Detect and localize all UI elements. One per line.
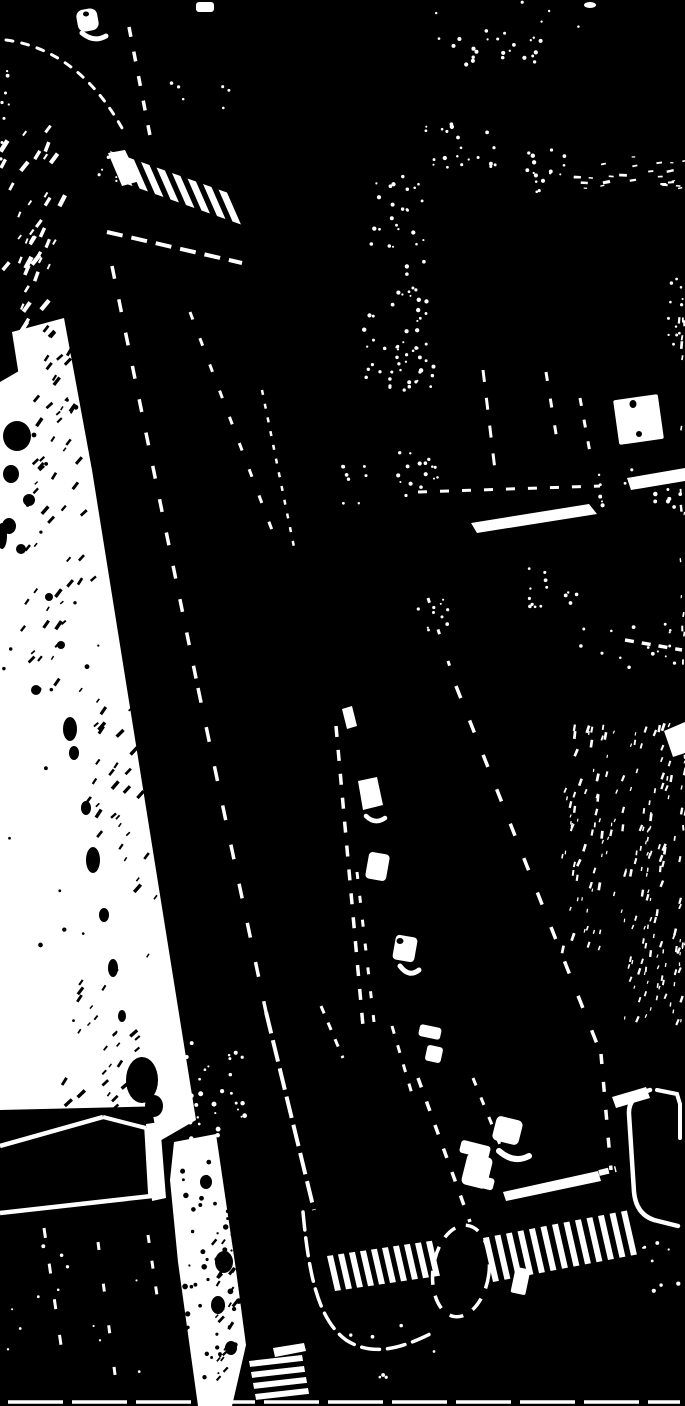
- aerial-photo: [0, 0, 685, 1406]
- aerial-photo-figure: Binary aerial photograph: [0, 0, 685, 1406]
- aerial-photo-svg: [0, 0, 685, 1406]
